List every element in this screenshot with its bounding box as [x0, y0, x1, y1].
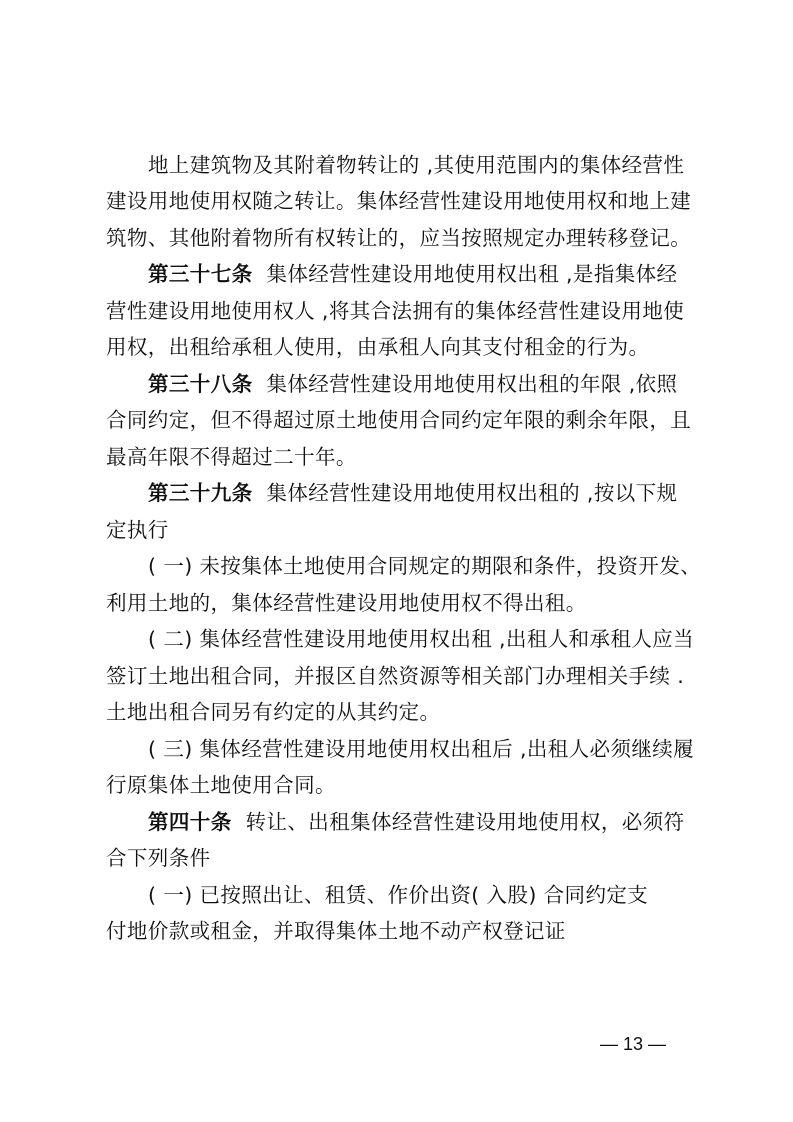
clause-line: ( 三) 集体经营性建设用地使用权出租后 ,出租人必须继续履	[148, 737, 748, 761]
paragraph-line: 合同约定，但不得超过原土地使用合同约定年限的剩余年限，且	[106, 408, 706, 432]
paragraph-line: 建设用地使用权随之转让。集体经营性建设用地使用权和地上建	[106, 189, 706, 213]
paragraph-line: 付地价款或租金，并取得集体土地不动产权登记证	[106, 919, 706, 943]
article-text: 集体经营性建设用地使用权出租 ,是指集体经	[267, 262, 678, 286]
paragraph-line: 合下列条件	[106, 846, 706, 870]
article-40-line: 第四十条转让、出租集体经营性建设用地使用权，必须符	[148, 810, 748, 834]
article-text: 集体经营性建设用地使用权出租的年限 ,依照	[267, 372, 678, 396]
paragraph-line: 签订土地出租合同，并报区自然资源等相关部门办理相关手续 .	[106, 664, 706, 688]
clause-line: ( 一) 已按照出让、租赁、作价出资( 入股) 合同约定支	[148, 883, 748, 907]
paragraph-line: 行原集体土地使用合同。	[106, 773, 706, 797]
page-number: — 13 —	[600, 1034, 666, 1055]
paragraph-line: 土地出租合同另有约定的从其约定。	[106, 700, 706, 724]
paragraph-line: 用权，出租给承租人使用，由承租人向其支付租金的行为。	[106, 335, 706, 359]
article-38-line: 第三十八条集体经营性建设用地使用权出租的年限 ,依照	[148, 372, 748, 396]
article-37-line: 第三十七条集体经营性建设用地使用权出租 ,是指集体经	[148, 262, 748, 286]
article-heading: 第三十九条	[148, 481, 253, 505]
paragraph-line: 营性建设用地使用权人 ,将其合法拥有的集体经营性建设用地使	[106, 299, 706, 323]
paragraph-line: 筑物、其他附着物所有权转让的，应当按照规定办理转移登记。	[106, 226, 706, 250]
document-page: 地上建筑物及其附着物转让的 ,其使用范围内的集体经营性 建设用地使用权随之转让。…	[0, 0, 793, 1122]
paragraph-line: 利用土地的，集体经营性建设用地使用权不得出租。	[106, 591, 706, 615]
paragraph-line: 最高年限不得超过二十年。	[106, 445, 706, 469]
article-heading: 第三十七条	[148, 262, 253, 286]
clause-line: ( 二) 集体经营性建设用地使用权出租 ,出租人和承租人应当	[148, 627, 748, 651]
paragraph-line: 定执行	[106, 518, 706, 542]
article-heading: 第三十八条	[148, 372, 253, 396]
paragraph-line: 地上建筑物及其附着物转让的 ,其使用范围内的集体经营性	[148, 153, 748, 177]
clause-line: ( 一) 未按集体土地使用合同规定的期限和条件，投资开发、	[148, 554, 748, 578]
article-39-line: 第三十九条集体经营性建设用地使用权出租的 ,按以下规	[148, 481, 748, 505]
article-heading: 第四十条	[148, 810, 232, 834]
article-text: 转让、出租集体经营性建设用地使用权，必须符	[246, 810, 685, 834]
article-text: 集体经营性建设用地使用权出租的 ,按以下规	[267, 481, 678, 505]
